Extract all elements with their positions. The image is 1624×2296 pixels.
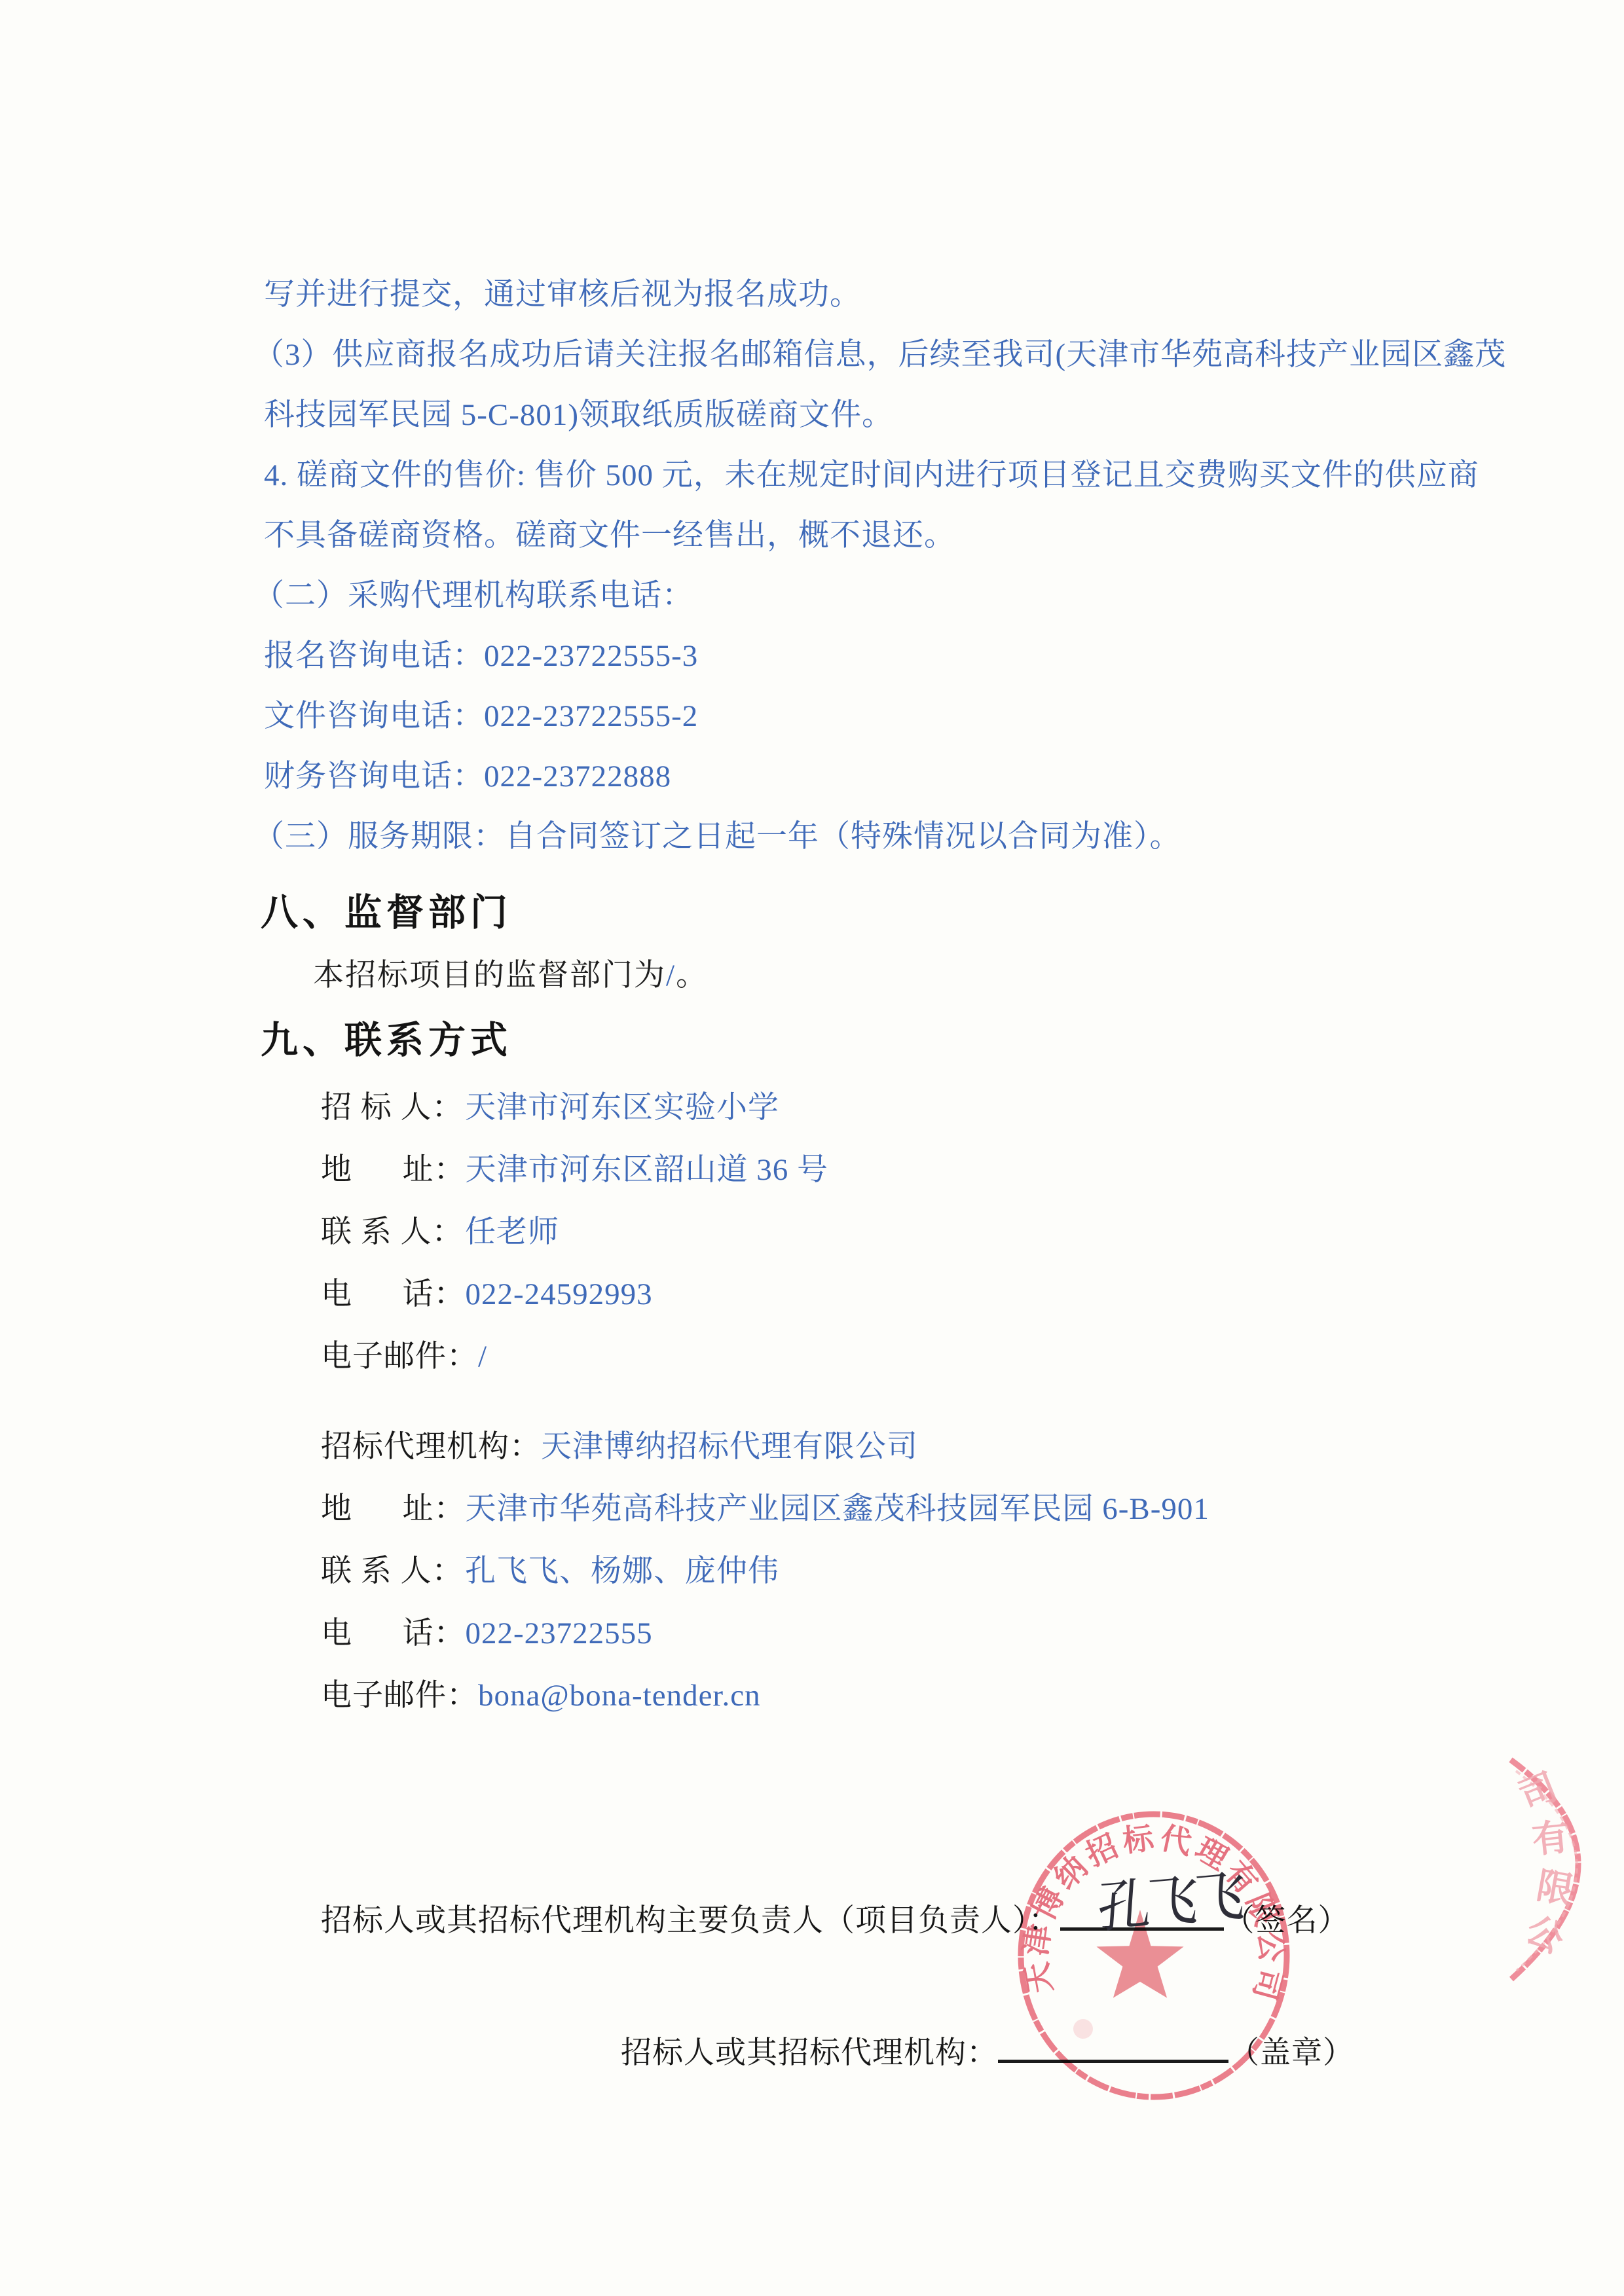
supervision-text: 本招标项目的监督部门为 <box>313 958 666 993</box>
body-line: 科技园军民园 5-C-801)领取纸质版磋商文件。 <box>264 385 1392 445</box>
body-line: （3）供应商报名成功后请关注报名邮箱信息，后续至我司(天津市华苑高科技产业园区鑫… <box>253 325 1392 385</box>
signature-row2-label: 招标人或其招标代理机构： <box>621 2036 998 2070</box>
agency-row-email: 电子邮件：bona@bona-tender.cn <box>321 1665 1209 1727</box>
agency-contact-block: 招标代理机构：天津博纳招标代理有限公司 地 址：天津市华苑高科技产业园区鑫茂科技… <box>321 1416 1209 1727</box>
row-label: 电子邮件： <box>321 1665 478 1727</box>
supervision-body-line: 本招标项目的监督部门为/。 <box>313 951 708 994</box>
row-label: 地 址： <box>321 1478 466 1540</box>
row-value: / <box>478 1339 487 1374</box>
row-value: 孔飞飞、杨娜、庞仲伟 <box>465 1554 779 1588</box>
body-line: （二）采购代理机构联系电话： <box>253 566 1392 626</box>
section-heading-contact: 九、联系方式 <box>261 1010 512 1064</box>
row-value: 022-23722555 <box>466 1616 653 1650</box>
edge-seal-stamp: 司 有 限 公 <box>1486 1735 1624 2016</box>
body-line: 写并进行提交，通过审核后视为报名成功。 <box>264 264 1392 325</box>
agency-row-name: 招标代理机构：天津博纳招标代理有限公司 <box>321 1416 1209 1478</box>
supervision-period: 。 <box>676 958 708 993</box>
row-label: 联 系 人： <box>321 1201 465 1264</box>
row-label: 电 话： <box>321 1603 466 1665</box>
tenderer-row-contact-person: 联 系 人：任老师 <box>321 1201 828 1264</box>
row-label: 电子邮件： <box>321 1326 478 1388</box>
body-line: 不具备磋商资格。磋商文件一经售出，概不退还。 <box>264 505 1392 566</box>
agency-row-phone: 电 话：022-23722555 <box>321 1603 1209 1665</box>
scanned-tender-document-page: 写并进行提交，通过审核后视为报名成功。 （3）供应商报名成功后请关注报名邮箱信息… <box>0 0 1624 2296</box>
row-value: 任老师 <box>465 1215 559 1249</box>
supervision-slash-value: / <box>666 958 676 993</box>
row-value: 天津市河东区实验小学 <box>465 1091 779 1125</box>
body-line: 报名咨询电话：022-23722555-3 <box>264 626 1392 686</box>
tenderer-row-phone: 电 话：022-24592993 <box>321 1264 828 1326</box>
section-heading-supervision: 八、监督部门 <box>261 883 512 936</box>
body-line: 文件咨询电话：022-23722555-2 <box>264 686 1392 746</box>
row-value: 天津博纳招标代理有限公司 <box>541 1430 918 1464</box>
edge-seal-char: 限 <box>1534 1866 1577 1912</box>
row-label: 招标代理机构： <box>321 1416 541 1478</box>
tenderer-row-address: 地 址：天津市河东区韶山道 36 号 <box>321 1139 828 1201</box>
agency-row-address: 地 址：天津市华苑高科技产业园区鑫茂科技园军民园 6-B-901 <box>321 1478 1209 1540</box>
tenderer-row-email: 电子邮件：/ <box>321 1326 828 1388</box>
row-value: 天津市华苑高科技产业园区鑫茂科技园军民园 6-B-901 <box>466 1492 1209 1526</box>
row-value: 天津市河东区韶山道 36 号 <box>466 1153 829 1187</box>
body-paragraphs: 写并进行提交，通过审核后视为报名成功。 （3）供应商报名成功后请关注报名邮箱信息… <box>264 264 1392 867</box>
tenderer-row-name: 招 标 人：天津市河东区实验小学 <box>321 1077 828 1139</box>
seal-smudge <box>1073 2019 1093 2039</box>
row-value: bona@bona-tender.cn <box>478 1679 761 1713</box>
tenderer-contact-block: 招 标 人：天津市河东区实验小学 地 址：天津市河东区韶山道 36 号 联 系 … <box>321 1077 828 1388</box>
row-value: 022-24592993 <box>466 1277 653 1311</box>
row-label: 地 址： <box>321 1139 466 1201</box>
body-line: （三）服务期限：自合同签订之日起一年（特殊情况以合同为准）。 <box>253 807 1392 867</box>
edge-seal-char: 有 <box>1530 1817 1571 1861</box>
body-line: 4. 磋商文件的售价: 售价 500 元，未在规定时间内进行项目登记且交费购买文… <box>264 445 1392 505</box>
handwritten-signature: 孔飞飞 <box>1095 1851 1242 1944</box>
signature-row1-label: 招标人或其招标代理机构主要负责人（项目负责人）： <box>321 1904 1060 1938</box>
agency-row-contact-person: 联 系 人：孔飞飞、杨娜、庞仲伟 <box>321 1540 1209 1603</box>
row-label: 招 标 人： <box>321 1077 465 1139</box>
body-line: 财务咨询电话：022-23722888 <box>264 746 1392 807</box>
company-seal-stamp: 天津博纳招标代理有限公司 <box>1003 1802 1304 2109</box>
row-label: 联 系 人： <box>321 1540 465 1603</box>
row-label: 电 话： <box>321 1264 466 1326</box>
